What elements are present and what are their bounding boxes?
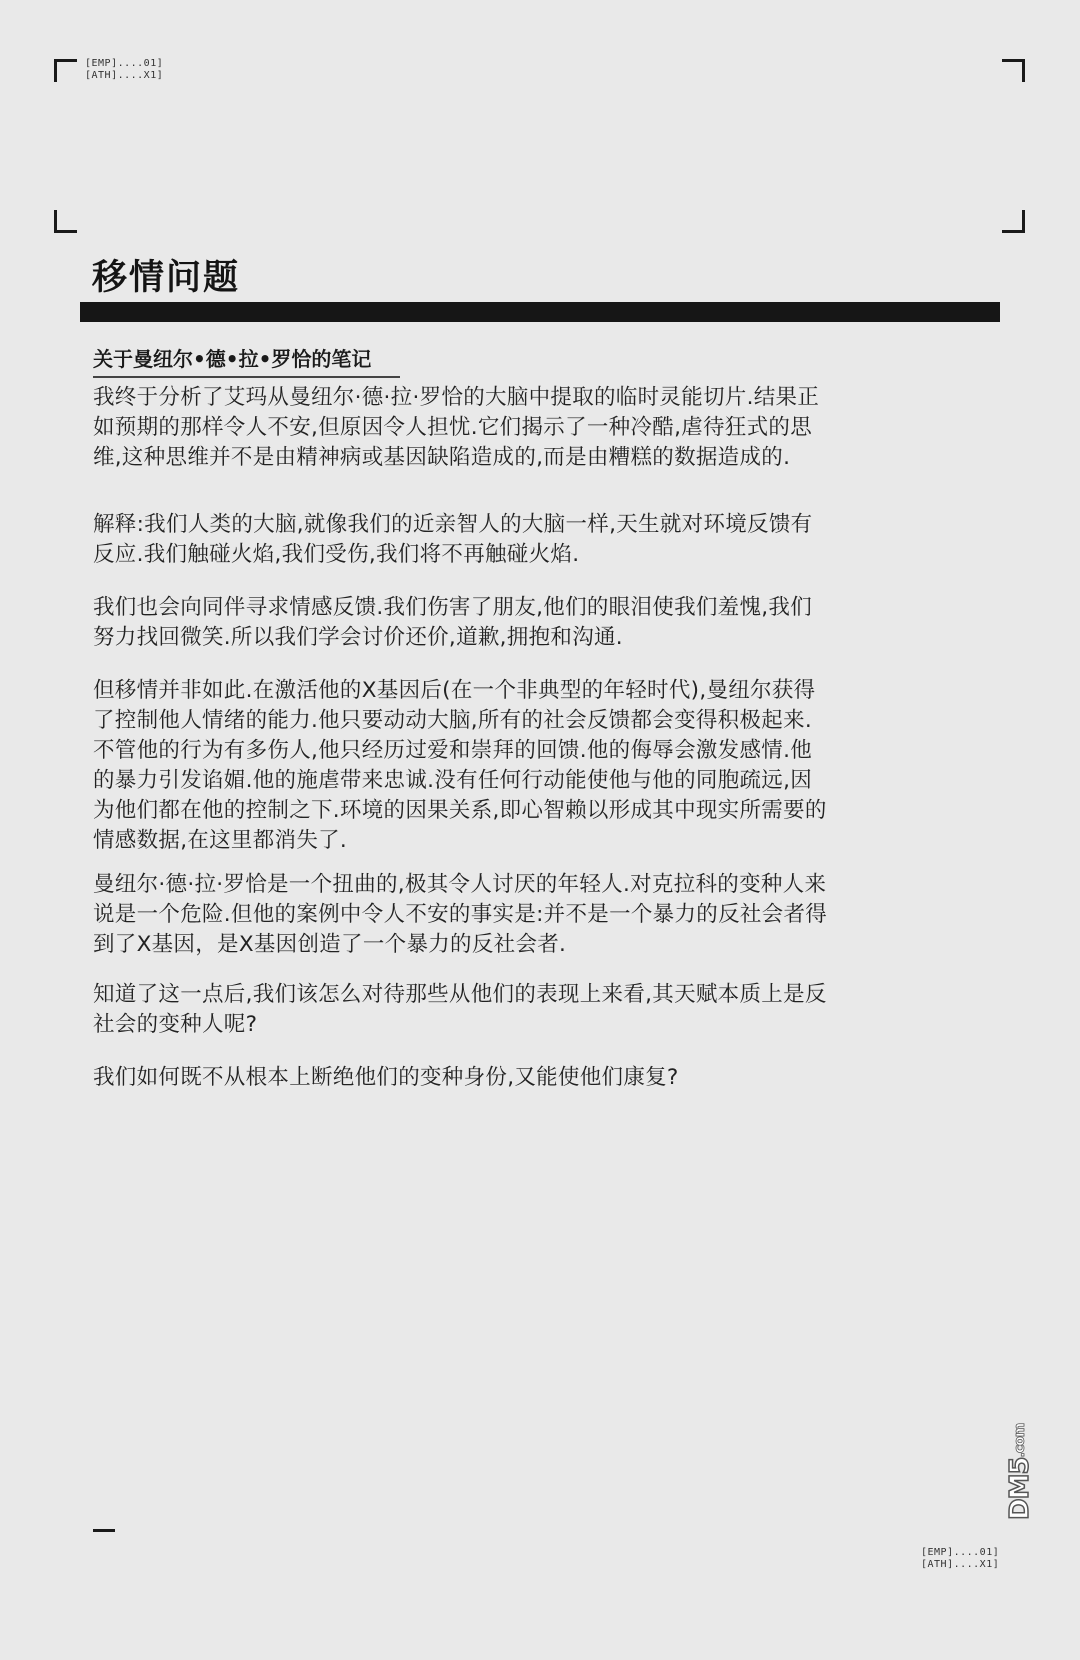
watermark-suffix: .com [1012, 1424, 1028, 1458]
footer-code-line-2: [ATH]....X1] [921, 1559, 999, 1571]
title-divider-bar [80, 302, 1000, 322]
corner-bracket-top-left [54, 59, 77, 82]
corner-bracket-bottom-right [1002, 210, 1025, 233]
header-code-line-1: [EMP]....01] [85, 58, 163, 70]
section-subheading: 关于曼纽尔•德•拉•罗恰的笔记 [93, 343, 400, 378]
header-code: [EMP]....01][ATH]....X1] [85, 58, 163, 82]
paragraph-3: 我们也会向同伴寻求情感反馈.我们伤害了朋友,他们的眼泪使我们羞愧,我们努力找回微… [93, 593, 828, 653]
corner-bracket-top-right [1002, 59, 1025, 82]
watermark-logo: DM5.com [1005, 1390, 1035, 1520]
paragraph-5: 曼纽尔·德·拉·罗恰是一个扭曲的,极其令人讨厌的年轻人.对克拉科的变种人来说是一… [93, 870, 828, 960]
watermark-main: DM5 [1005, 1457, 1035, 1520]
paragraph-4: 但移情并非如此.在激活他的X基因后(在一个非典型的年轻时代),曼纽尔获得了控制他… [93, 676, 828, 856]
paragraph-2: 解释:我们人类的大脑,就像我们的近亲智人的大脑一样,天生就对环境反馈有反应.我们… [93, 510, 828, 570]
page-footer-dash [93, 1529, 115, 1532]
header-code-line-2: [ATH]....X1] [85, 70, 163, 82]
footer-code-line-1: [EMP]....01] [921, 1547, 999, 1559]
footer-code: [EMP]....01][ATH]....X1] [921, 1547, 999, 1571]
page-title: 移情问题 [92, 250, 240, 300]
paragraph-1: 我终于分析了艾玛从曼纽尔·德·拉·罗恰的大脑中提取的临时灵能切片.结果正如预期的… [93, 383, 828, 473]
corner-bracket-bottom-left [54, 210, 77, 233]
paragraph-6: 知道了这一点后,我们该怎么对待那些从他们的表现上来看,其天赋本质上是反社会的变种… [93, 980, 828, 1040]
paragraph-7: 我们如何既不从根本上断绝他们的变种身份,又能使他们康复? [93, 1063, 828, 1093]
